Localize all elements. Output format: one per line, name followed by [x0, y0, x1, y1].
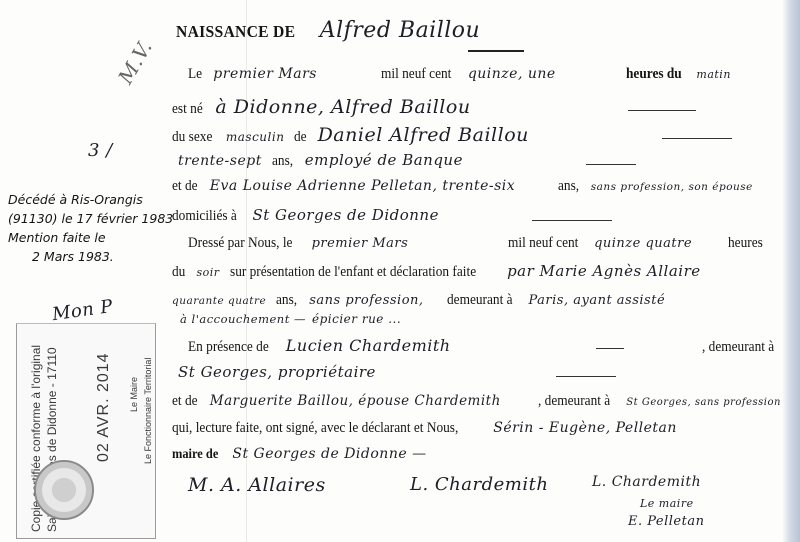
handwritten-text: employé de Banque	[305, 151, 463, 169]
handwritten-text: St Georges de Didonne —	[232, 446, 426, 462]
title-rule	[468, 50, 524, 52]
handwritten-text: sans profession,	[309, 293, 437, 308]
handwritten-text: St Georges, sans profession	[626, 397, 781, 408]
printed-text: est né	[172, 101, 203, 118]
printed-text: heures	[728, 235, 763, 252]
line-7: Dressé par Nous, le premier Mars mil neu…	[188, 235, 766, 252]
printed-text: du	[172, 264, 185, 281]
civil-record-page: M.V. 3 / NAISSANCE DE Alfred Baillou Le …	[0, 0, 800, 542]
printed-text: ans,	[558, 178, 579, 195]
handwritten-text: Sérin - Eugène, Pelletan	[493, 420, 677, 436]
handwritten-text: épicier rue ...	[312, 312, 401, 326]
handwritten-text: à l'accouchement —	[180, 312, 302, 326]
scan-edge-shadow	[782, 0, 800, 542]
printed-text: , demeurant à	[702, 339, 774, 356]
printed-text: et de	[172, 178, 198, 195]
handwritten-text: quinze, une	[468, 66, 616, 82]
handwritten-text: masculin	[226, 130, 284, 144]
fill-dash	[532, 220, 612, 221]
margin-paraph: Mon P	[51, 296, 115, 325]
handwritten-text: trente-sept	[178, 153, 262, 169]
fill-dash	[662, 138, 732, 139]
printed-text: et de	[172, 393, 198, 410]
handwritten-text: Marguerite Baillou, épouse Chardemith	[210, 393, 528, 409]
stamp-mayor: Le Maire	[129, 377, 139, 412]
handwritten-text: Eva Louise Adrienne Pelletan, trente-six	[210, 178, 548, 194]
margin-note-line: 2 Mars 1983.	[8, 247, 173, 266]
printed-text: mil neuf cent	[381, 66, 451, 83]
signature-declarant: M. A. Allaires	[188, 474, 326, 496]
margin-note-line: (91130) le 17 février 1983	[8, 209, 173, 228]
title-printed: NAISSANCE DE	[176, 22, 295, 42]
line-1: Le premier Mars mil neuf cent quinze, un…	[188, 66, 731, 83]
printed-text: domiciliés à	[172, 208, 237, 225]
handwritten-text: premier Mars	[213, 66, 371, 82]
signature-witness-1: L. Chardemith	[410, 474, 548, 495]
printed-text: ans,	[276, 292, 297, 309]
printed-text: qui, lecture faite, ont signé, avec le d…	[172, 420, 458, 437]
line-13: et de Marguerite Baillou, épouse Chardem…	[172, 393, 781, 410]
line-14: qui, lecture faite, ont signé, avec le d…	[172, 420, 677, 437]
handwritten-text: sans profession, son épouse	[591, 181, 753, 193]
handwritten-text: matin	[696, 68, 731, 81]
line-5: et de Eva Louise Adrienne Pelletan, tren…	[172, 178, 753, 195]
line-3: du sexe masculin de Daniel Alfred Baillo…	[172, 124, 529, 146]
title-name: Alfred Baillou	[320, 18, 480, 43]
printed-text: maire de	[172, 446, 218, 462]
printed-text: mil neuf cent	[508, 235, 578, 252]
municipal-seal	[34, 460, 94, 520]
line-8: du soir sur présentation de l'enfant et …	[172, 262, 701, 281]
page-number: 3 /	[88, 140, 113, 161]
printed-text: En présence de	[188, 339, 269, 356]
line-4: trente-sept ans, employé de Banque	[178, 151, 463, 170]
signature-mayor-label: Le maire	[640, 497, 694, 510]
margin-death-note: Décédé à Ris-Orangis (91130) le 17 févri…	[8, 190, 173, 266]
handwritten-text: quarante quatre	[172, 295, 266, 307]
corner-initials: M.V.	[113, 36, 157, 88]
line-10: à l'accouchement — épicier rue ...	[180, 312, 401, 326]
handwritten-text: soir	[197, 266, 220, 279]
printed-text: ans,	[272, 153, 293, 170]
printed-text: sur présentation de l'enfant et déclarat…	[230, 264, 476, 281]
signature-mayor: E. Pelletan	[628, 514, 704, 529]
printed-text: de	[294, 129, 307, 146]
stamp-date: 02 AVR. 2014	[95, 352, 113, 462]
line-6: domiciliés à St Georges de Didonne	[172, 206, 439, 225]
line-15: maire de St Georges de Didonne —	[172, 446, 427, 462]
margin-note-line: Décédé à Ris-Orangis	[8, 190, 173, 209]
handwritten-text: Daniel Alfred Baillou	[318, 124, 529, 146]
margin-note-line: Mention faite le	[8, 228, 173, 247]
printed-text: demeurant à	[447, 292, 513, 309]
printed-text: , demeurant à	[538, 393, 610, 410]
handwritten-text: Paris, ayant assisté	[529, 293, 666, 308]
handwritten-text: premier Mars	[312, 236, 498, 251]
fill-dash	[596, 348, 624, 349]
fill-dash	[628, 110, 696, 111]
line-2: est né à Didonne, Alfred Baillou	[172, 96, 471, 118]
handwritten-text: à Didonne, Alfred Baillou	[215, 96, 470, 118]
stamp-official: Le Fonctionnaire Territorial	[143, 358, 153, 464]
printed-text: Le	[188, 66, 202, 83]
fill-dash	[556, 376, 616, 377]
line-11: En présence de Lucien Chardemith , demeu…	[188, 336, 780, 356]
fill-dash	[586, 164, 636, 165]
handwritten-text: quinze quatre	[594, 236, 718, 251]
printed-text: heures du	[626, 66, 682, 83]
handwritten-text: St Georges de Didonne	[252, 206, 438, 224]
printed-text: du sexe	[172, 129, 212, 146]
printed-text: Dressé par Nous, le	[188, 235, 292, 252]
line-9: quarante quatre ans, sans profession, de…	[172, 292, 665, 309]
handwritten-text: St Georges, propriétaire	[178, 363, 376, 381]
handwritten-text: par Marie Agnès Allaire	[507, 262, 701, 280]
line-12: St Georges, propriétaire	[178, 363, 376, 381]
record-title: NAISSANCE DE Alfred Baillou	[176, 18, 480, 43]
handwritten-text: Lucien Chardemith	[286, 336, 692, 355]
signature-witness-2: L. Chardemith	[592, 474, 701, 490]
